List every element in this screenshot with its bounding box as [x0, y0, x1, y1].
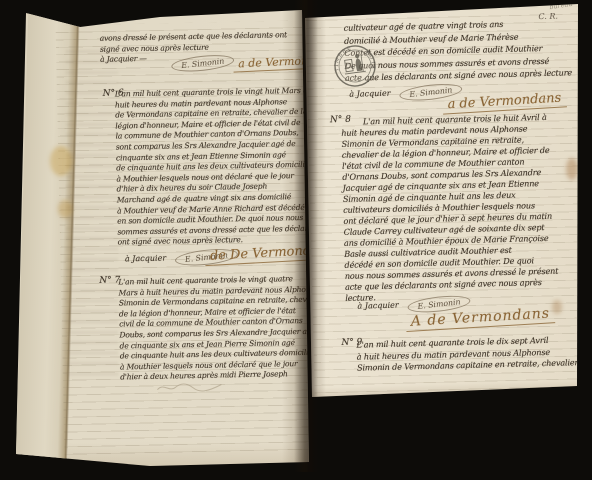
act-8-body: L'an mil huit cent quarante trois le hui… [341, 112, 559, 304]
register-scan: avons dressé le présent acte que les déc… [0, 0, 592, 480]
attest-text: à Jacquier [125, 254, 166, 264]
book-gutter-shadow [294, 0, 318, 472]
ink-bleed-through [66, 50, 118, 380]
act-number: N° 7 [99, 275, 120, 285]
attest-text: à Jacquier [357, 301, 398, 311]
act-6-body: L'an mil huit cent quarante trois le vin… [115, 86, 324, 249]
signature-scribble [155, 379, 225, 394]
timbre-royal-stamp: TIMBRE ROYAL [330, 41, 380, 91]
paper-stain [50, 146, 72, 176]
attest-text: à Jacquier [349, 89, 390, 99]
paper-stain [58, 200, 72, 218]
act-5-signature-row: E. Simonin [171, 55, 234, 71]
paper-stain [566, 158, 578, 180]
act-9-body: L'an mil huit cent quarante trois le dix… [356, 334, 578, 374]
